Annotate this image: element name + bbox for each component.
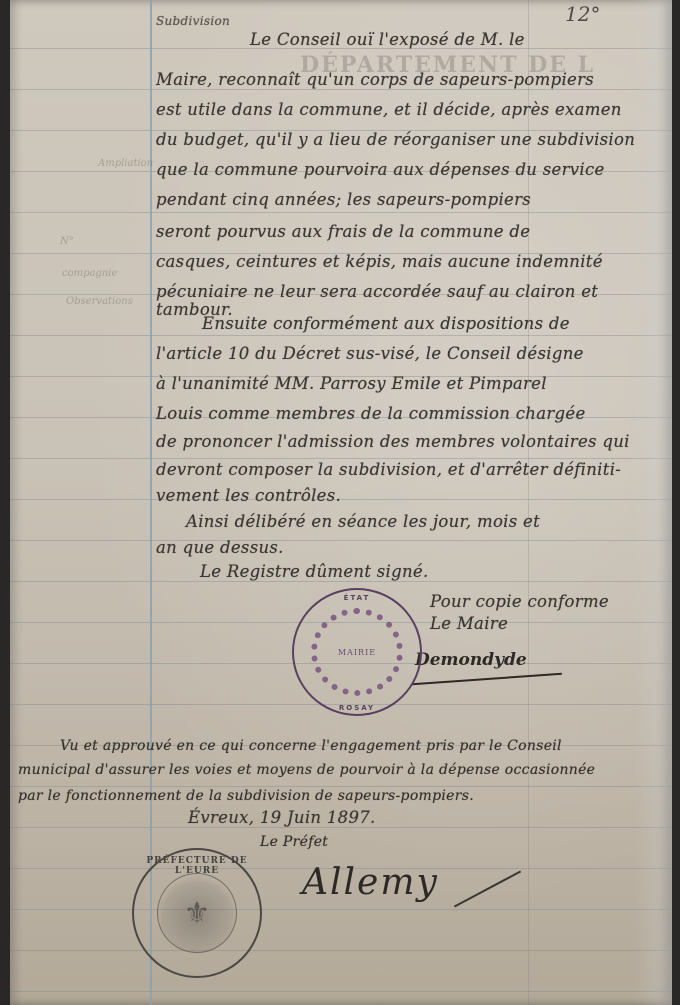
margin-ghost-text: N° [60, 236, 74, 247]
place-date: Évreux, 19 Juin 1897. [188, 808, 376, 827]
eagle-emblem-icon: ⚜ [157, 873, 237, 953]
fold-line [528, 0, 529, 1005]
body-line: l'article 10 du Décret sus-visé, le Cons… [156, 344, 584, 363]
stamp-bottom-text: ROSAY [294, 704, 420, 712]
body-line: pécuniaire ne leur sera accordée sauf au… [156, 282, 598, 301]
body-line: Le Conseil ouï l'exposé de M. le [250, 30, 525, 49]
signature-flourish [454, 871, 521, 908]
body-line: à l'unanimité MM. Parrosy Emile et Pimpa… [156, 374, 547, 393]
page-edge-shadow [634, 0, 672, 1005]
body-line: seront pourvus aux frais de la commune d… [156, 222, 530, 241]
body-line: pendant cinq années; les sapeurs-pompier… [156, 190, 531, 209]
margin-ghost-text: compagnie [62, 268, 117, 279]
page-number: 12° [565, 2, 600, 26]
stamp-top-text: ÉTAT [294, 594, 420, 602]
document-page: DÉPARTEMENT DE L Ampliation N° compagnie… [10, 0, 672, 1005]
body-line: est utile dans la commune, et il décide,… [156, 100, 622, 119]
certification-line: Pour copie conforme [430, 592, 609, 611]
approval-line: Vu et approuvé en ce qui concerne l'enga… [60, 738, 562, 754]
signature-flourish [412, 673, 562, 685]
laurel-wreath-icon: MAIRIE [311, 608, 403, 696]
margin-ghost-text: Observations [66, 296, 133, 307]
margin-rule [150, 0, 152, 1005]
body-line: Maire, reconnaît qu'un corps de sapeurs-… [156, 70, 594, 89]
margin-ghost-text: Ampliation [98, 158, 153, 169]
certification-title: Le Maire [430, 614, 508, 633]
prefect-title: Le Préfet [260, 834, 328, 850]
prefecture-stamp: PRÉFECTURE DE L'EURE ⚜ [132, 848, 262, 978]
body-line: devront composer la subdivision, et d'ar… [156, 460, 621, 479]
approval-line: par le fonctionnement de la subdivision … [18, 788, 474, 804]
body-line: Le Registre dûment signé. [200, 562, 429, 581]
body-line: Ensuite conformément aux dispositions de [202, 314, 570, 333]
prefect-signature: Allemy [302, 862, 439, 903]
stamp-center-text: MAIRIE [338, 648, 376, 657]
body-line: que la commune pourvoira aux dépenses du… [156, 160, 605, 179]
stamp-ring-text: PRÉFECTURE DE L'EURE [134, 856, 260, 876]
body-line: vement les contrôles. [156, 486, 341, 505]
body-line: Ainsi délibéré en séance les jour, mois … [186, 512, 540, 531]
body-line: casques, ceintures et képis, mais aucune… [156, 252, 603, 271]
body-line: Louis comme membres de la commission cha… [156, 404, 586, 423]
body-line: an que dessus. [156, 538, 284, 557]
margin-heading: Subdivision [156, 14, 230, 28]
mayor-stamp: ÉTAT MAIRIE ROSAY [292, 588, 422, 716]
body-line: du budget, qu'il y a lieu de réorganiser… [156, 130, 635, 149]
body-line: de prononcer l'admission des membres vol… [156, 432, 630, 451]
mayor-signature: Demondyde [415, 650, 527, 670]
approval-line: municipal d'assurer les voies et moyens … [18, 762, 595, 778]
